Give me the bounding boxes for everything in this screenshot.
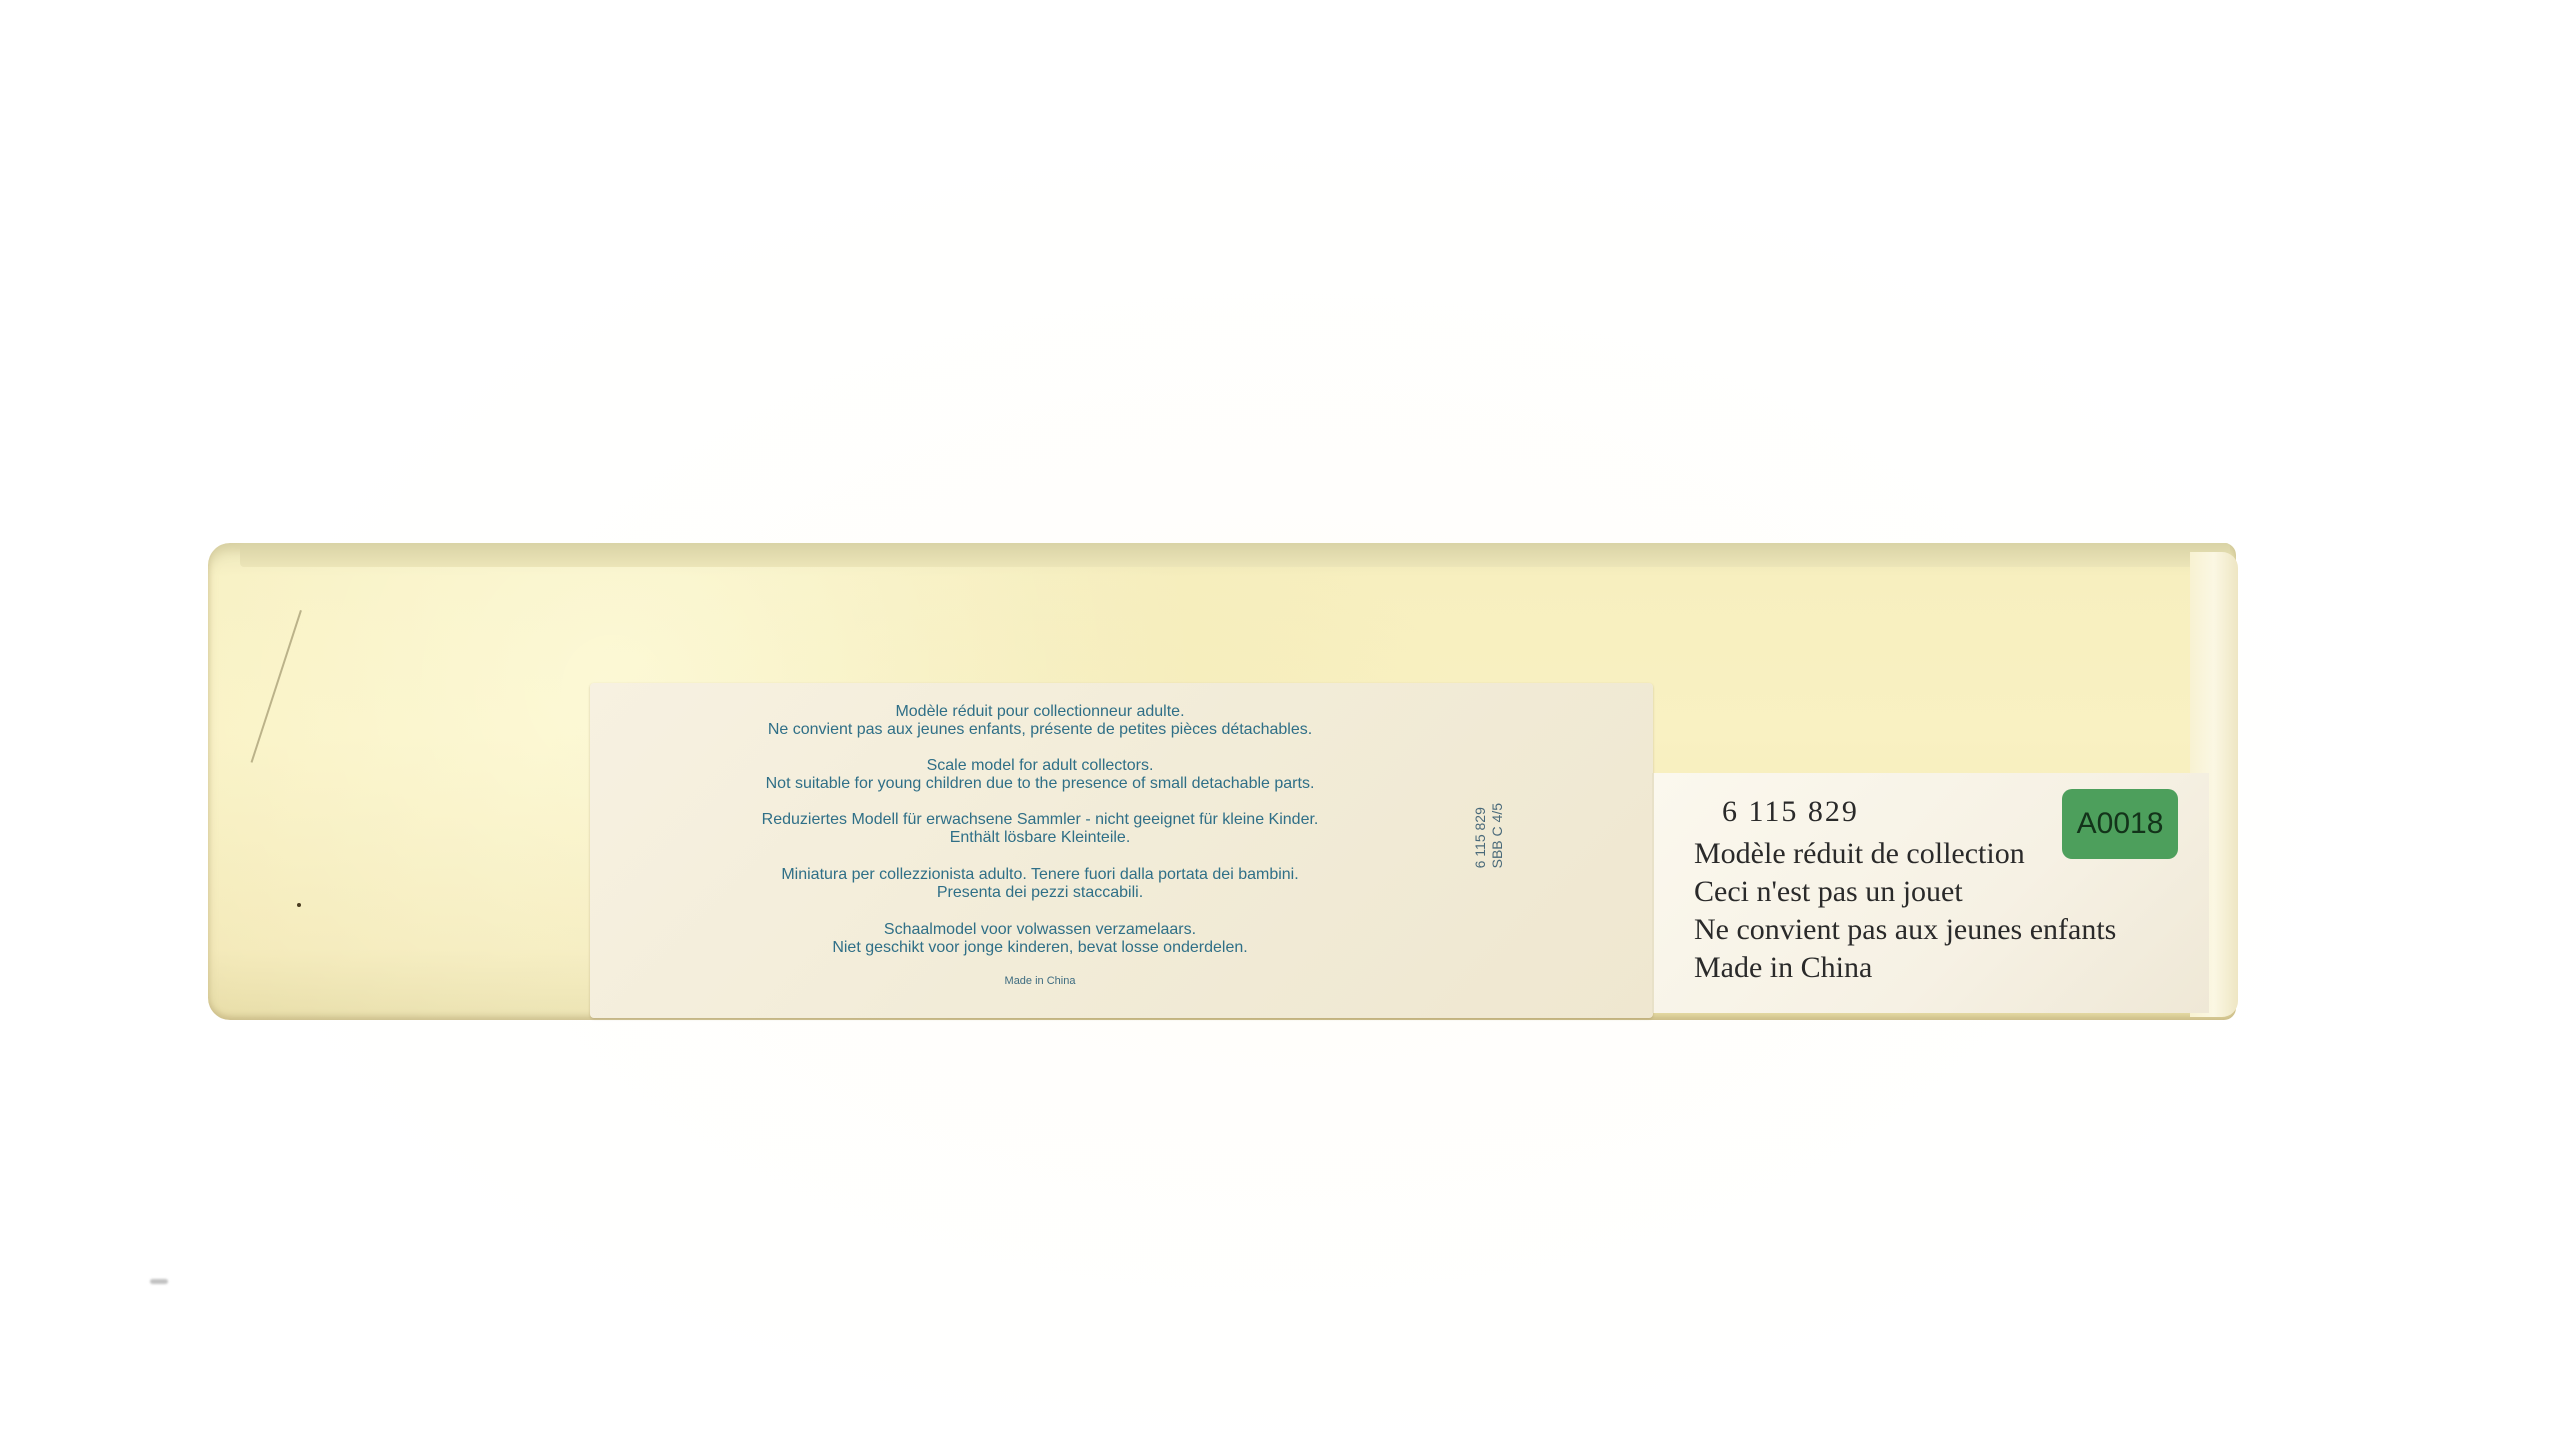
warning-line: Schaalmodel voor volwassen verzamelaars. bbox=[590, 921, 1490, 939]
part-number: 6 115 829 bbox=[1722, 793, 1859, 830]
label-line: Made in China bbox=[1694, 949, 1872, 986]
warning-en: Scale model for adult collectors. Not su… bbox=[590, 757, 1490, 793]
product-code-line: 6 115 829 bbox=[1472, 803, 1489, 868]
foam-tray-top-edge bbox=[240, 543, 2230, 567]
warning-line: Not suitable for young children due to t… bbox=[590, 775, 1490, 793]
inventory-tag: A0018 bbox=[2062, 789, 2178, 859]
vertical-product-code: 6 115 829 SBB C 4/5 bbox=[1472, 803, 1506, 868]
foam-spot bbox=[297, 903, 301, 907]
warning-line: Reduziertes Modell für erwachsene Sammle… bbox=[590, 811, 1490, 829]
warning-line: Ne convient pas aux jeunes enfants, prés… bbox=[590, 721, 1490, 739]
warning-line: Scale model for adult collectors. bbox=[590, 757, 1490, 775]
label-line: Ne convient pas aux jeunes enfants bbox=[1694, 911, 2116, 948]
multilingual-warning-label: Modèle réduit pour collectionneur adulte… bbox=[590, 683, 1653, 1018]
warning-line: Miniatura per collezzionista adulto. Ten… bbox=[590, 866, 1490, 884]
made-in-china-small: Made in China bbox=[590, 975, 1490, 987]
label-line: Modèle réduit de collection bbox=[1694, 835, 2025, 872]
label-line: Ceci n'est pas un jouet bbox=[1694, 873, 1963, 910]
warning-line: Modèle réduit pour collectionneur adulte… bbox=[590, 703, 1490, 721]
warning-it: Miniatura per collezzionista adulto. Ten… bbox=[590, 866, 1490, 902]
warning-line: Enthält lösbare Kleinteile. bbox=[590, 829, 1490, 847]
warning-fr: Modèle réduit pour collectionneur adulte… bbox=[590, 703, 1490, 739]
surface-smudge bbox=[150, 1279, 168, 1284]
product-code-line: SBB C 4/5 bbox=[1489, 803, 1506, 868]
warning-nl: Schaalmodel voor volwassen verzamelaars.… bbox=[590, 921, 1490, 957]
warning-de: Reduziertes Modell für erwachsene Sammle… bbox=[590, 811, 1490, 847]
warning-line: Presenta dei pezzi staccabili. bbox=[590, 884, 1490, 902]
warning-line: Niet geschikt voor jonge kinderen, bevat… bbox=[590, 939, 1490, 957]
